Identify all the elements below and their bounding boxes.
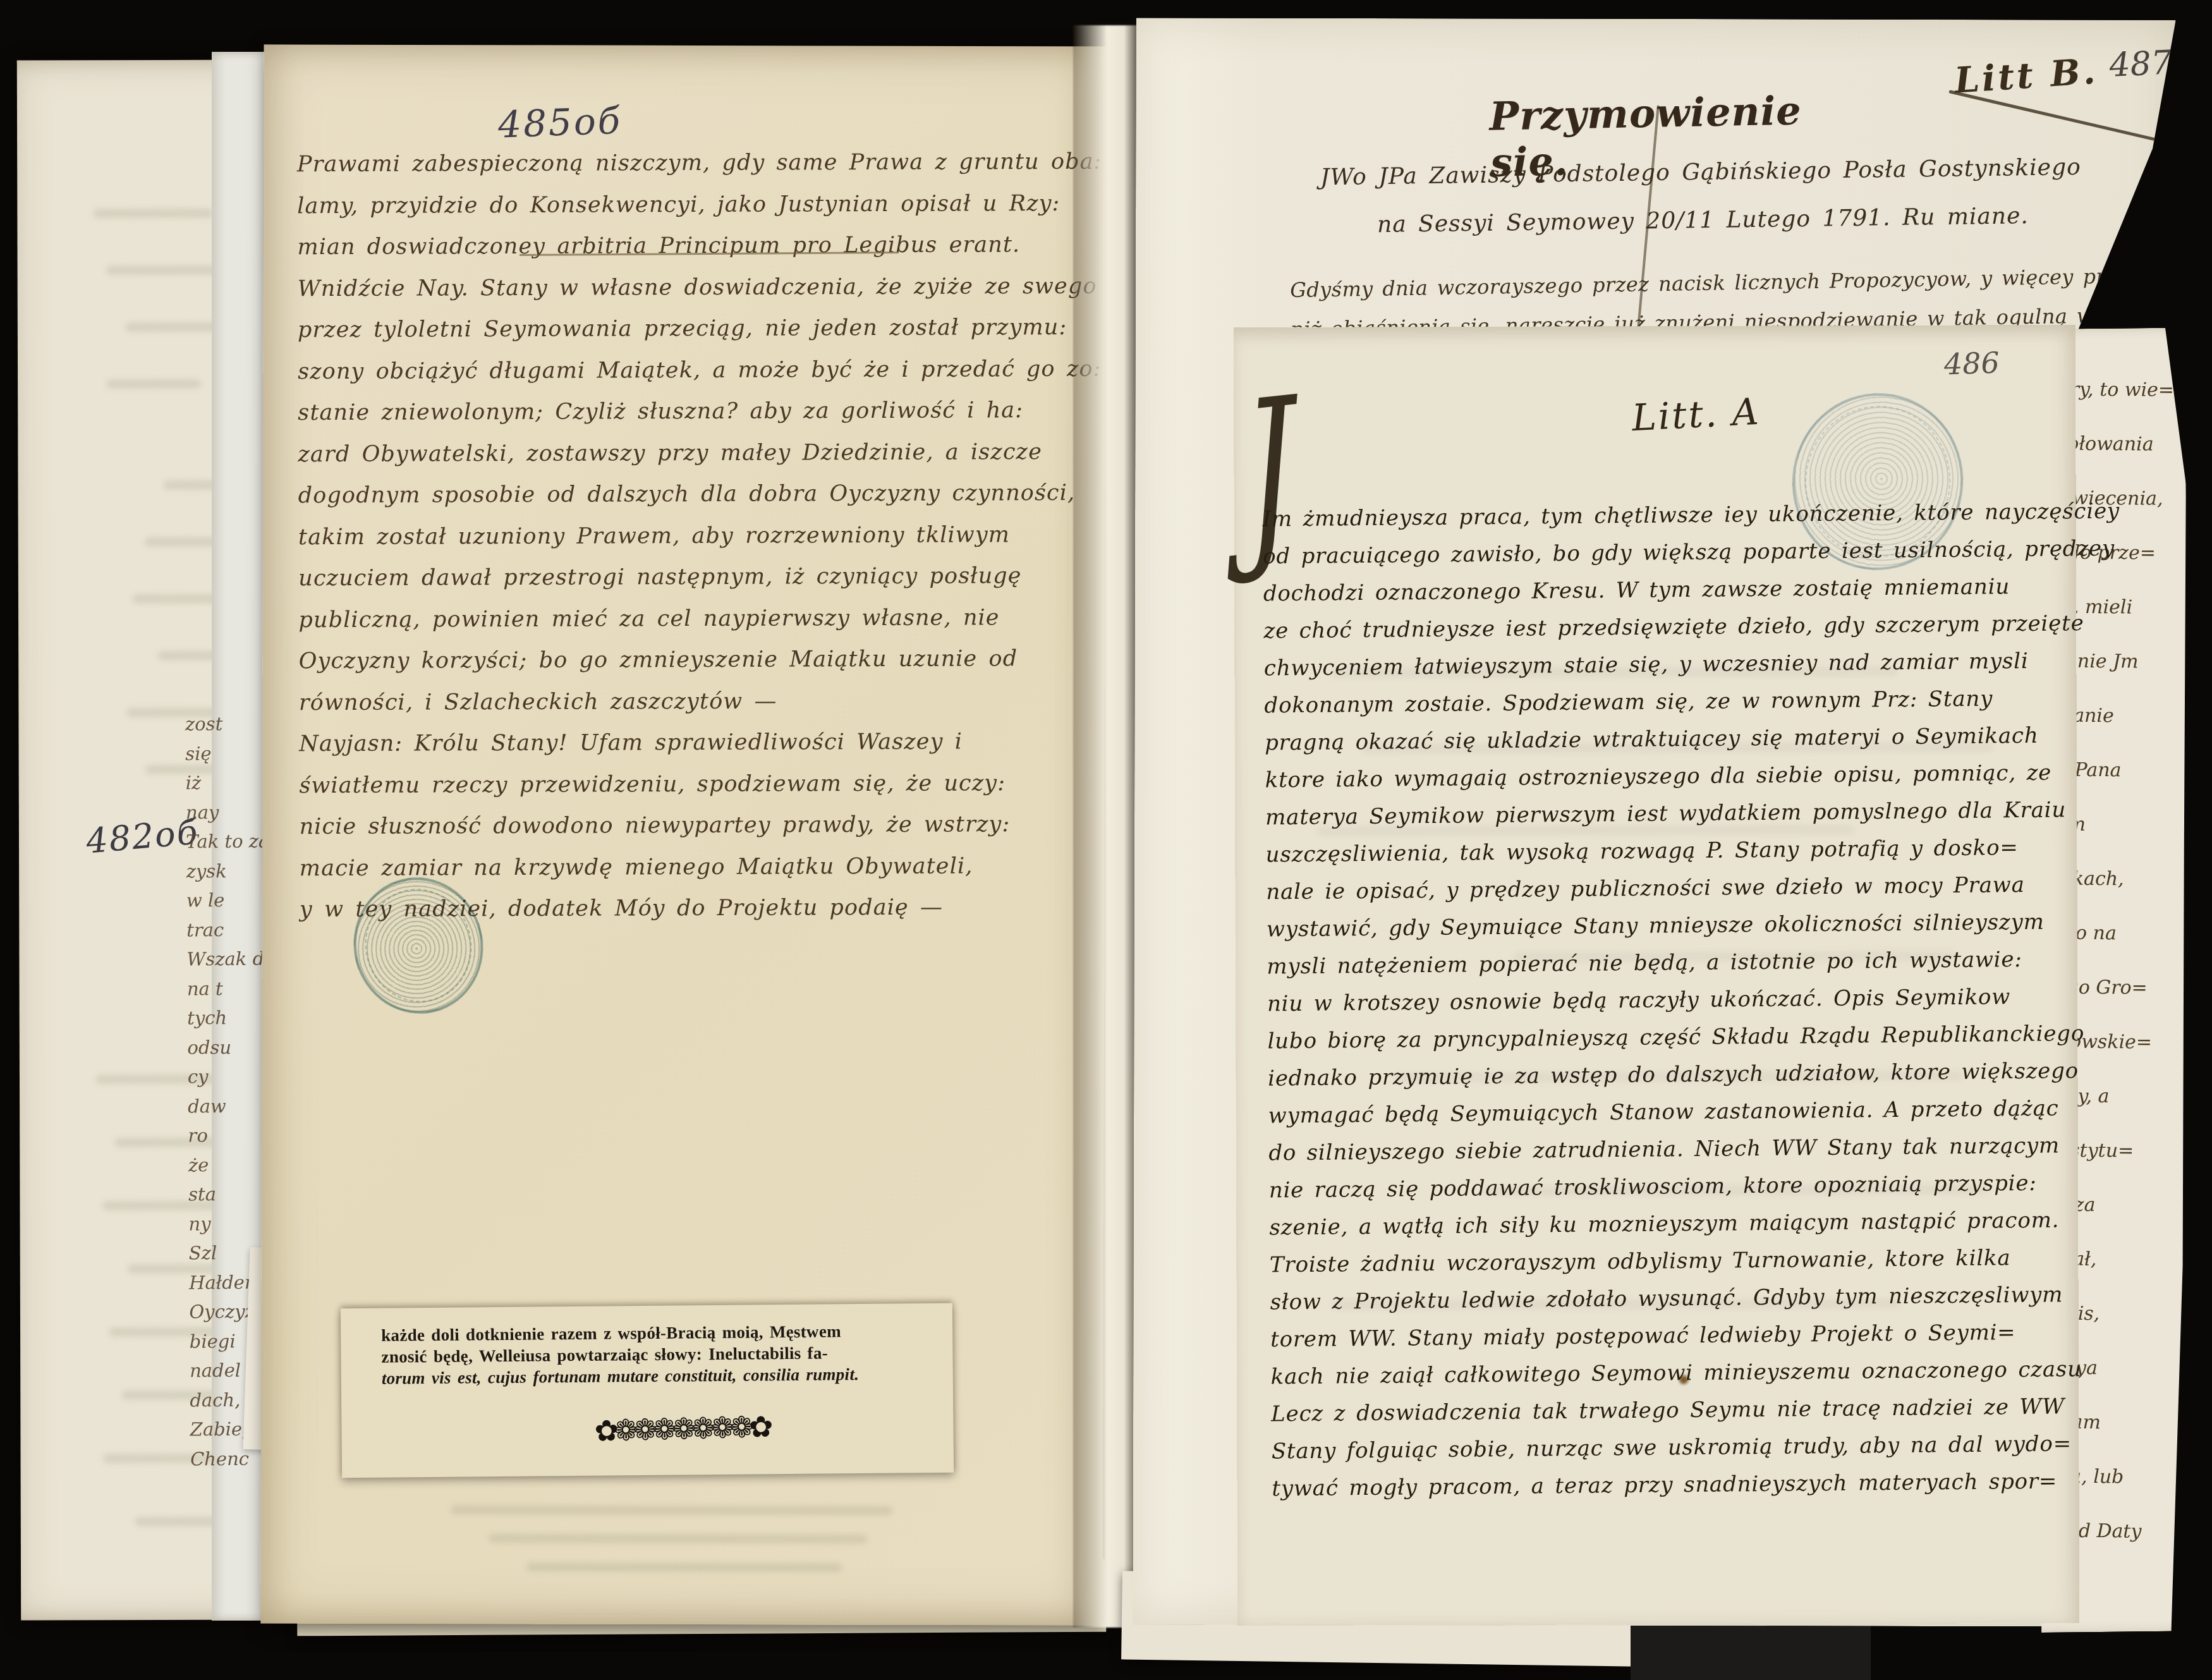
text-line: nay bbox=[186, 797, 273, 827]
text-line: stanie zniewolonym; Czyliż słuszna? aby … bbox=[298, 390, 1103, 434]
text-line: lamy, przyidzie do Konsekwencyi, jako Ju… bbox=[297, 183, 1102, 227]
text-line: nicie słuszność dowodono niewypartey pra… bbox=[299, 804, 1104, 848]
text-line: Tak to za bbox=[186, 827, 273, 856]
text-line: Wszak dż bbox=[186, 944, 274, 974]
text-line: trac bbox=[186, 915, 274, 944]
text-line: torum vis est, cujus fortunam mutare con… bbox=[382, 1363, 925, 1389]
session-date-line: na Sessyi Seymowey 20/11 Lutego 1791. Ru… bbox=[1377, 203, 2029, 238]
text-line: na t bbox=[187, 973, 274, 1003]
text-line: zost bbox=[185, 709, 272, 739]
text-line: zard Obywatelski, zostawszy przy małey D… bbox=[298, 431, 1103, 475]
text-line: Prawami zabespieczoną niszczym, gdy same… bbox=[297, 142, 1102, 186]
dedication-line: JWo JPa Zawiszy Podstolego Gąbińskiego P… bbox=[1320, 154, 2081, 190]
text-line: dogodnym sposobie od dalszych dla dobra … bbox=[298, 473, 1103, 517]
text-line: zysk bbox=[186, 856, 273, 886]
text-line: światłemu rzeczy przewidzeniu, spodziewa… bbox=[299, 762, 1104, 807]
section-label: Litt. A bbox=[1631, 390, 1761, 440]
text-line: Nayjasn: Królu Stany! Ufam sprawiedliwoś… bbox=[299, 721, 1104, 765]
flourish-stroke bbox=[1948, 90, 2161, 142]
text-line: przez tyloletni Seymowania przeciąg, nie… bbox=[298, 307, 1103, 351]
text-line: mian doswiadczoney arbitria Principum pr… bbox=[297, 224, 1102, 269]
text-line: w le bbox=[186, 886, 274, 915]
litt-annotation: Litt B. bbox=[1954, 51, 2100, 102]
manuscript-scan: 482об zostsięiżnayTak to zazyskw letracW… bbox=[0, 0, 2212, 1680]
dark-backing-card bbox=[1631, 1626, 1871, 1680]
text-line: Wnidźcie Nay. Stany w własne doswiadczen… bbox=[298, 265, 1103, 310]
printed-text: każde doli dotknienie razem z współ-Brac… bbox=[381, 1320, 925, 1389]
text-line: równości, i Szlacheckich zaszczytów — bbox=[299, 679, 1104, 724]
left-page-text: Prawami zabespieczoną niszczym, gdy same… bbox=[297, 142, 1105, 931]
text-line: iż bbox=[185, 768, 272, 798]
folio-number-mid: 486 bbox=[1943, 345, 2000, 381]
right-page-text: Im żmudnieysza praca, tym chętliwsze iey… bbox=[1262, 493, 2129, 1508]
folio-number-corner: 487 bbox=[2108, 44, 2173, 85]
text-line: takim został uzuniony Prawem, aby rozrze… bbox=[298, 514, 1103, 558]
folio-number-top-left: 485об bbox=[497, 99, 623, 147]
printed-fragment-slip: każde doli dotknienie razem z współ-Brac… bbox=[341, 1303, 954, 1478]
text-line: publiczną, powinien mieć za cel naypierw… bbox=[298, 597, 1103, 641]
text-line: się bbox=[185, 738, 272, 768]
text-line: szony obciążyć długami Maiątek, a może b… bbox=[298, 348, 1103, 393]
text-line: Oyczyzny korzyści; bo go zmnieyszenie Ma… bbox=[299, 638, 1104, 683]
printer-ornament: ✿❁❁❁❁❁❁❁✿ bbox=[594, 1409, 769, 1448]
text-line: uczuciem dawał przestrogi następnym, iż … bbox=[298, 556, 1103, 600]
